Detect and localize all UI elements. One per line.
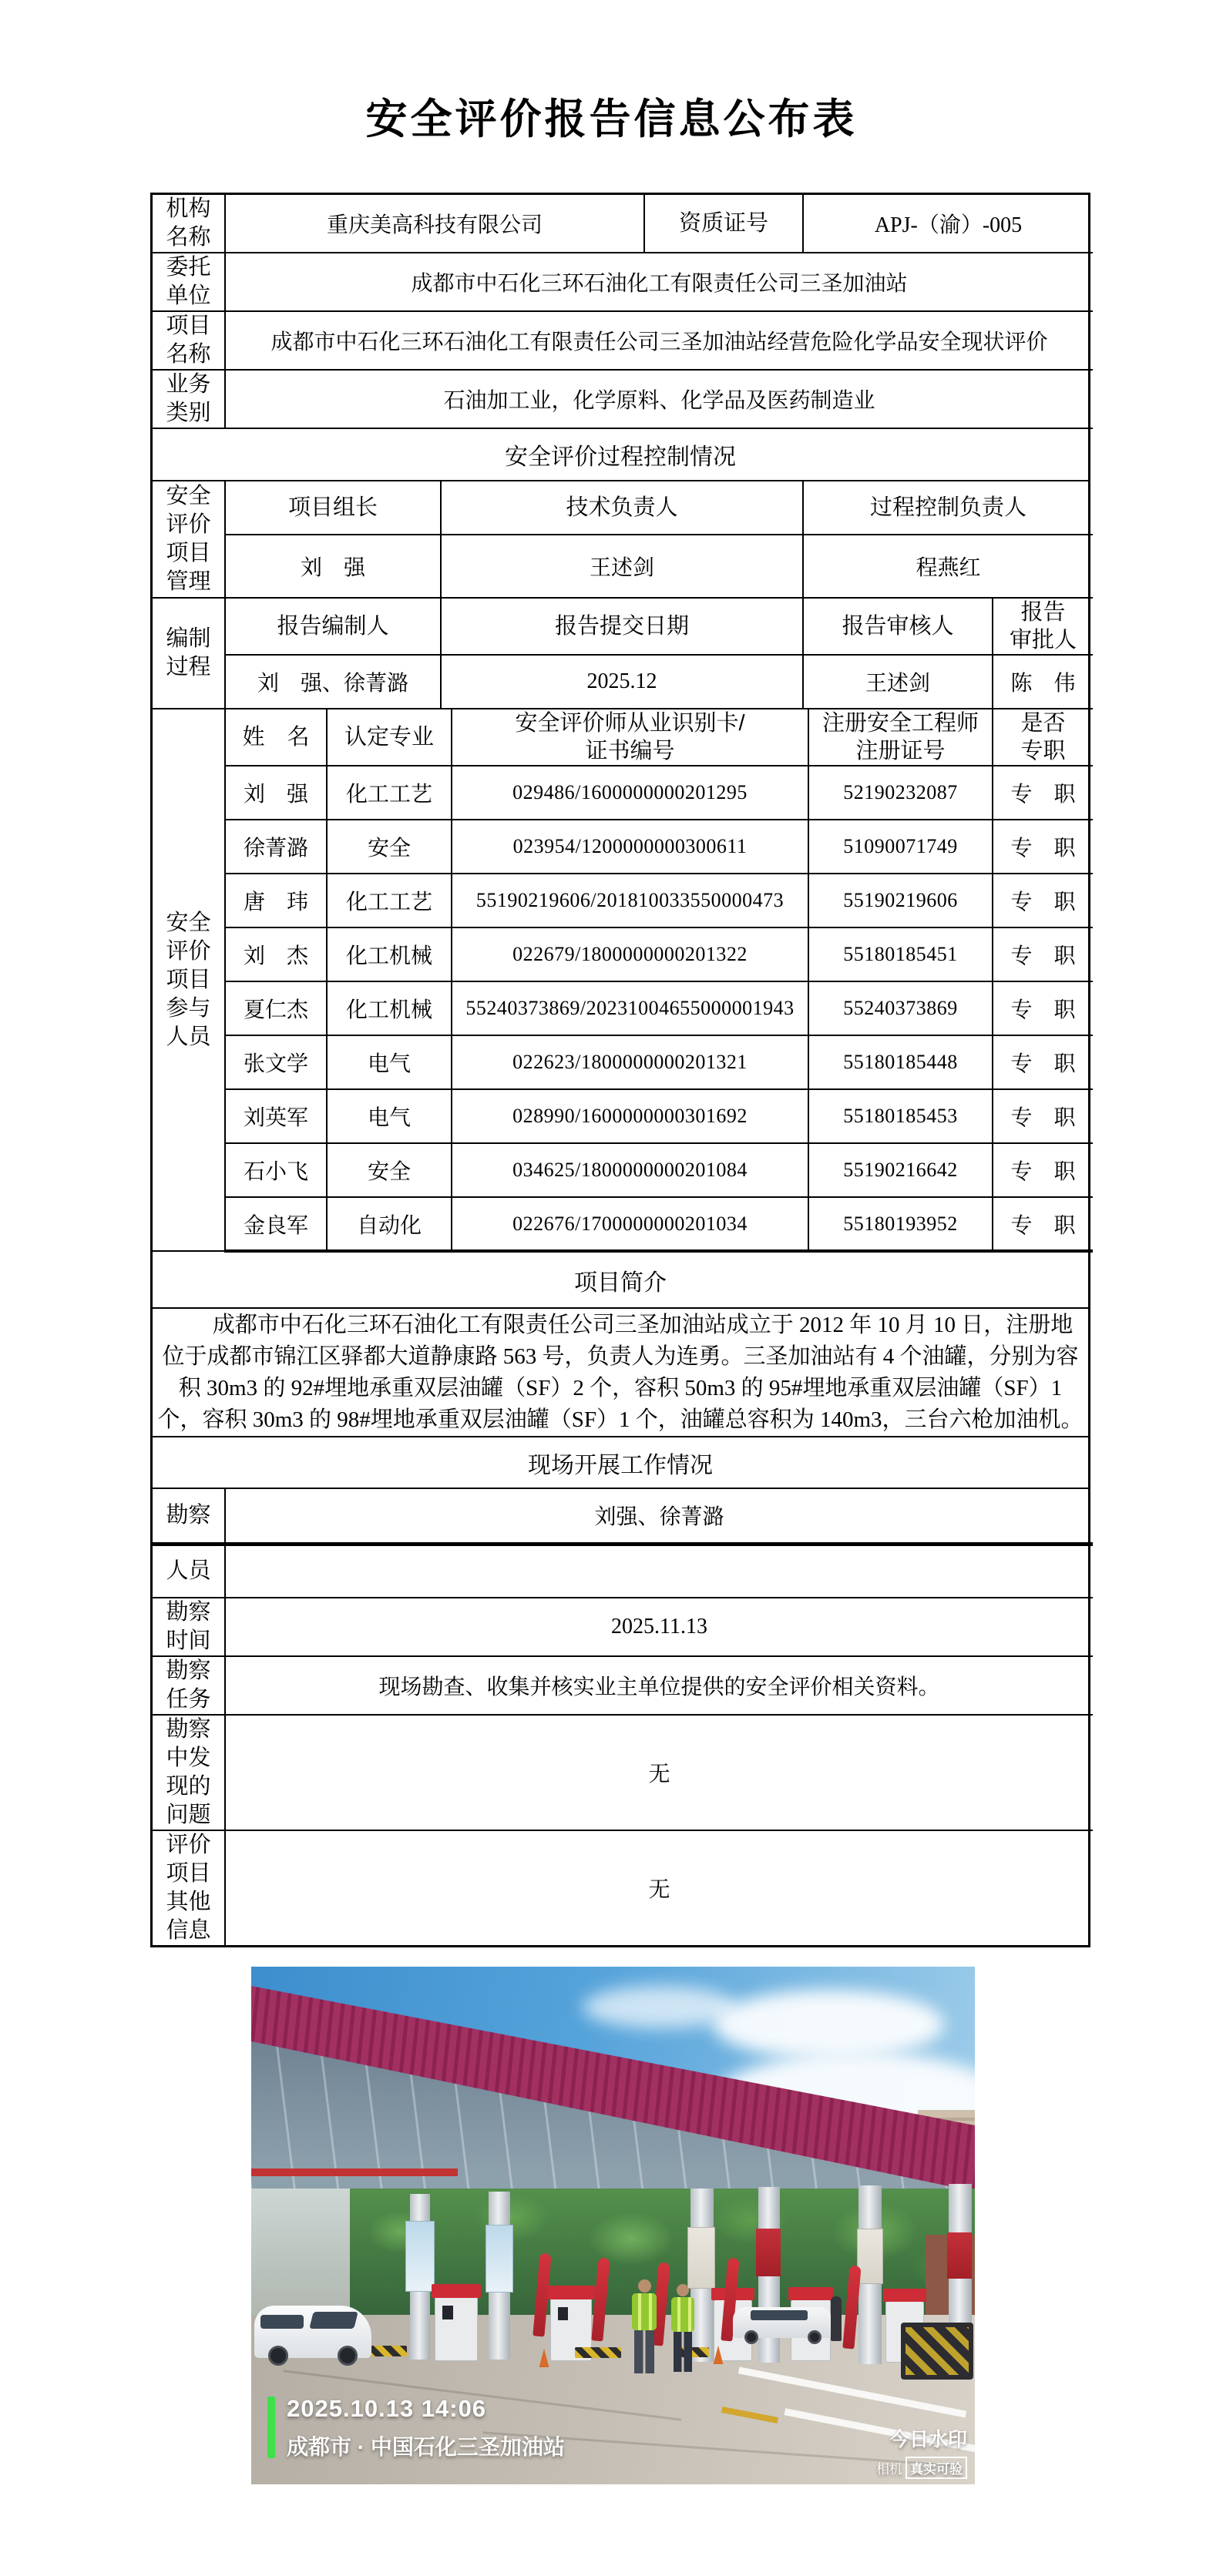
photo-poster — [947, 2232, 972, 2279]
watermark-brand-block: 今日水印 相机真实可验 防伪 1MU22P3NUBBG2H — [852, 2424, 967, 2484]
photo-fuel-dispenser — [435, 2296, 478, 2361]
photo-barrier — [901, 2323, 973, 2380]
photo-dispenser-screen — [558, 2307, 568, 2320]
survey-task-value: 现场勘查、收集并核实业主单位提供的安全评价相关资料。 — [225, 1656, 1093, 1715]
participant-reg: 51090071749 — [808, 820, 993, 874]
participant-row: 唐 玮 化工工艺 55190219606/201810033550000473 … — [153, 874, 1093, 927]
photo-sedan-wheel — [744, 2330, 758, 2344]
photo-sedan-windows — [751, 2310, 808, 2320]
client-label: 委托单位 — [153, 253, 225, 311]
participant-name: 刘 杰 — [225, 927, 327, 981]
approver-value: 陈 伟 — [993, 655, 1093, 709]
participant-cert: 022676/1700000000201034 — [452, 1197, 808, 1251]
photo-dispenser-screen — [442, 2306, 453, 2319]
participant-reg: 55180193952 — [808, 1197, 993, 1251]
site-table: 勘察 刘强、徐菁潞 人员 勘察时间 2025.11.13 勘察任务 现场勘查、收… — [153, 1489, 1093, 1945]
participant-fulltime: 专 职 — [993, 820, 1093, 874]
participant-major: 安全 — [327, 820, 452, 874]
col-header-reg-line1: 注册安全工程师 — [814, 709, 987, 737]
photo-canopy-edge-strip — [251, 2168, 458, 2176]
business-value: 石油加工业，化学原料、化学品及医药制造业 — [225, 370, 1093, 428]
page-title: 安全评价报告信息公布表 — [0, 86, 1223, 146]
watermark-location: 成都市 · 中国石化三圣加油站 — [287, 2430, 565, 2461]
participant-row: 张文学 电气 022623/1800000000201321 551801854… — [153, 1035, 1093, 1089]
watermark-camera-label: 相机 — [876, 2462, 902, 2477]
photo-suv-windshield — [309, 2312, 358, 2329]
photo-surveyor-vest — [671, 2297, 694, 2332]
col-header-cert: 安全评价师从业识别卡/ 证书编号 — [452, 709, 808, 766]
cert-label: 资质证号 — [644, 195, 803, 253]
participant-name: 金良军 — [225, 1197, 327, 1251]
participant-cert: 023954/1200000000300611 — [452, 820, 808, 874]
leader-value: 刘 强 — [225, 535, 441, 598]
participant-name: 唐 玮 — [225, 874, 327, 927]
participant-reg: 55180185453 — [808, 1089, 993, 1143]
participant-major: 化工工艺 — [327, 874, 452, 927]
surveyors-empty — [225, 1544, 1093, 1598]
participant-row: 徐菁潞 安全 023954/1200000000300611 510900717… — [153, 820, 1093, 874]
photo-barrier-stripes — [905, 2327, 969, 2375]
date-value: 2025.12 — [441, 655, 803, 709]
client-value: 成都市中石化三环石油化工有限责任公司三圣加油站 — [225, 253, 1093, 311]
photo-dispenser-sign — [547, 2286, 595, 2299]
approver-header: 报告 审批人 — [993, 599, 1093, 655]
process-section-header: 安全评价过程控制情况 — [153, 429, 1088, 481]
participant-reg: 55190216642 — [808, 1143, 993, 1197]
participant-major: 化工工艺 — [327, 766, 452, 820]
site-photo: 2025.10.13 14:06 成都市 · 中国石化三圣加油站 今日水印 相机… — [251, 1967, 975, 2484]
participant-name: 徐菁潞 — [225, 820, 327, 874]
reviewer-header: 报告审核人 — [803, 599, 993, 655]
col-header-name: 姓 名 — [225, 709, 327, 766]
col-header-major: 认定专业 — [327, 709, 452, 766]
watermark-brand: 今日水印 — [852, 2424, 967, 2452]
watermark-verify-line: 相机真实可验 — [852, 2457, 967, 2479]
surveyor-label-bottom: 人员 — [153, 1544, 225, 1598]
participant-row: 夏仁杰 化工机械 55240373869/2023100465500000194… — [153, 981, 1093, 1035]
summary-title: 项目简介 — [153, 1253, 1088, 1308]
participant-fulltime: 专 职 — [993, 981, 1093, 1035]
photo-dispenser-sign — [788, 2287, 833, 2300]
participant-row: 石小飞 安全 034625/1800000000201084 551902166… — [153, 1143, 1093, 1197]
participant-major: 化工机械 — [327, 981, 452, 1035]
participant-major: 化工机械 — [327, 927, 452, 981]
photo-dispenser-sign — [883, 2289, 926, 2302]
photo-sedan-wheel — [808, 2330, 821, 2344]
participant-cert: 029486/1600000000201295 — [452, 766, 808, 820]
photo-suv-window — [260, 2315, 304, 2329]
approver-header-line2: 审批人 — [998, 626, 1088, 654]
participant-name: 石小飞 — [225, 1143, 327, 1197]
project-label: 项目名称 — [153, 311, 225, 370]
col-header-fulltime: 是否 专职 — [993, 709, 1093, 766]
reviewer-value: 王述剑 — [803, 655, 993, 709]
participant-name: 刘英军 — [225, 1089, 327, 1143]
photo-suv-wheel — [338, 2346, 358, 2366]
photo-cloud — [713, 1990, 944, 2059]
photo-poster — [405, 2221, 435, 2292]
photo-surveyor-legs — [674, 2332, 692, 2372]
photo-kerb — [575, 2347, 621, 2358]
participant-row: 金良军 自动化 022676/1700000000201034 55180193… — [153, 1197, 1093, 1251]
participant-fulltime: 专 职 — [993, 1035, 1093, 1089]
participant-reg: 55180185451 — [808, 927, 993, 981]
photo-poster — [687, 2227, 715, 2289]
participant-row: 刘英军 电气 028990/1600000000301692 551801854… — [153, 1089, 1093, 1143]
participant-row: 刘 杰 化工机械 022679/1800000000201322 5518018… — [153, 927, 1093, 981]
writer-value: 刘 强、徐菁潞 — [225, 655, 441, 709]
photo-dispenser-sign — [432, 2284, 481, 2298]
org-label: 机构名称 — [153, 195, 225, 253]
summary-table: 成都市中石化三环石油化工有限责任公司三圣加油站成立于 2012 年 10 月 1… — [153, 1309, 1088, 1437]
participant-fulltime: 专 职 — [993, 766, 1093, 820]
participant-name: 刘 强 — [225, 766, 327, 820]
tech-header: 技术负责人 — [441, 481, 803, 535]
report-table: 机构名称 重庆美高科技有限公司 资质证号 APJ-（渝）-005 委托单位 成都… — [150, 193, 1090, 1947]
participant-cert: 55240373869/20231004655000001943 — [452, 981, 808, 1035]
summary-text: 成都市中石化三环石油化工有限责任公司三圣加油站成立于 2012 年 10 月 1… — [153, 1309, 1088, 1437]
photo-surveyor-head — [677, 2284, 689, 2296]
project-value: 成都市中石化三环石油化工有限责任公司三圣加油站经营危险化学品安全现状评价 — [225, 311, 1093, 370]
col-header-fulltime-line1: 是否 — [998, 709, 1088, 737]
participant-fulltime: 专 职 — [993, 1089, 1093, 1143]
date-header: 报告提交日期 — [441, 599, 803, 655]
photo-kerb — [367, 2346, 407, 2356]
participants-table: 安全评价项目参与人员 姓 名 认定专业 安全评价师从业识别卡/ 证书编号 注册安… — [153, 709, 1093, 1253]
watermark-antifake-code: 防伪 1MU22P3NUBBG2H — [852, 2483, 967, 2484]
participant-major: 电气 — [327, 1035, 452, 1089]
survey-task-label: 勘察任务 — [153, 1656, 225, 1715]
photo-suv-wheel — [268, 2346, 288, 2366]
survey-time-value: 2025.11.13 — [225, 1598, 1093, 1656]
control-value: 程燕红 — [803, 535, 1093, 598]
org-value: 重庆美高科技有限公司 — [225, 195, 644, 253]
participant-fulltime: 专 职 — [993, 1143, 1093, 1197]
writer-header: 报告编制人 — [225, 599, 441, 655]
participant-fulltime: 专 职 — [993, 927, 1093, 981]
participant-reg: 52190232087 — [808, 766, 993, 820]
tech-value: 王述剑 — [441, 535, 803, 598]
surveyors-value: 刘强、徐菁潞 — [225, 1489, 1093, 1544]
participant-reg: 55190219606 — [808, 874, 993, 927]
issues-label: 勘察中发现的问题 — [153, 1715, 225, 1830]
col-header-cert-line2: 证书编号 — [457, 737, 803, 765]
photo-surveyor-vest — [632, 2293, 657, 2330]
participant-row: 刘 强 化工工艺 029486/1600000000201295 5219023… — [153, 766, 1093, 820]
col-header-reg: 注册安全工程师 注册证号 — [808, 709, 993, 766]
photo-surveyor-legs — [634, 2330, 654, 2373]
survey-time-label: 勘察时间 — [153, 1598, 225, 1656]
participants-label: 安全评价项目参与人员 — [153, 709, 225, 1251]
photo-pedestrian — [831, 2296, 842, 2341]
participant-major: 自动化 — [327, 1197, 452, 1251]
control-header: 过程控制负责人 — [803, 481, 1093, 535]
photo-cloud — [583, 1986, 737, 2028]
col-header-reg-line2: 注册证号 — [814, 737, 987, 765]
cert-value: APJ-（渝）-005 — [803, 195, 1093, 253]
participant-reg: 55180185448 — [808, 1035, 993, 1089]
summary-header-table: 项目简介 — [153, 1253, 1088, 1309]
process-section-title: 安全评价过程控制情况 — [153, 429, 1088, 481]
col-header-cert-line1: 安全评价师从业识别卡/ — [457, 709, 803, 737]
photo-poster — [756, 2229, 781, 2276]
participant-cert: 55190219606/201810033550000473 — [452, 874, 808, 927]
issues-value: 无 — [225, 1715, 1093, 1830]
photo-poster — [486, 2225, 513, 2293]
participant-name: 夏仁杰 — [225, 981, 327, 1035]
participant-cert: 022679/1800000000201322 — [452, 927, 808, 981]
watermark-bar — [267, 2397, 275, 2458]
participant-fulltime: 专 职 — [993, 874, 1093, 927]
watermark-verify-badge: 真实可验 — [905, 2457, 967, 2479]
participant-fulltime: 专 职 — [993, 1197, 1093, 1251]
business-label: 业务类别 — [153, 370, 225, 428]
leader-header: 项目组长 — [225, 481, 441, 535]
surveyor-label-top: 勘察 — [153, 1489, 225, 1544]
other-info-value: 无 — [225, 1830, 1093, 1945]
participant-major: 安全 — [327, 1143, 452, 1197]
col-header-fulltime-line2: 专职 — [998, 737, 1088, 765]
mgmt-label: 安全评价项目管理 — [153, 481, 225, 598]
participant-major: 电气 — [327, 1089, 452, 1143]
participant-cert: 028990/1600000000301692 — [452, 1089, 808, 1143]
photo-surveyor-head — [638, 2279, 651, 2293]
management-table: 安全评价项目管理 项目组长 技术负责人 过程控制负责人 刘 强 王述剑 程燕红 — [153, 481, 1093, 599]
participant-cert: 034625/1800000000201084 — [452, 1143, 808, 1197]
participant-name: 张文学 — [225, 1035, 327, 1089]
participant-cert: 022623/1800000000201321 — [452, 1035, 808, 1089]
participant-reg: 55240373869 — [808, 981, 993, 1035]
other-info-label: 评价项目其他信息 — [153, 1830, 225, 1945]
approver-header-line1: 报告 — [998, 599, 1088, 626]
compile-label: 编制过程 — [153, 599, 225, 709]
watermark-timestamp: 2025.10.13 14:06 — [287, 2395, 486, 2423]
basic-info-table: 机构名称 重庆美高科技有限公司 资质证号 APJ-（渝）-005 委托单位 成都… — [153, 195, 1093, 429]
site-title: 现场开展工作情况 — [153, 1437, 1088, 1488]
photo-poster — [857, 2229, 883, 2284]
site-header-table: 现场开展工作情况 — [153, 1437, 1088, 1489]
compile-table: 编制过程 报告编制人 报告提交日期 报告审核人 报告 审批人 刘 强、徐菁潞 2… — [153, 599, 1093, 709]
